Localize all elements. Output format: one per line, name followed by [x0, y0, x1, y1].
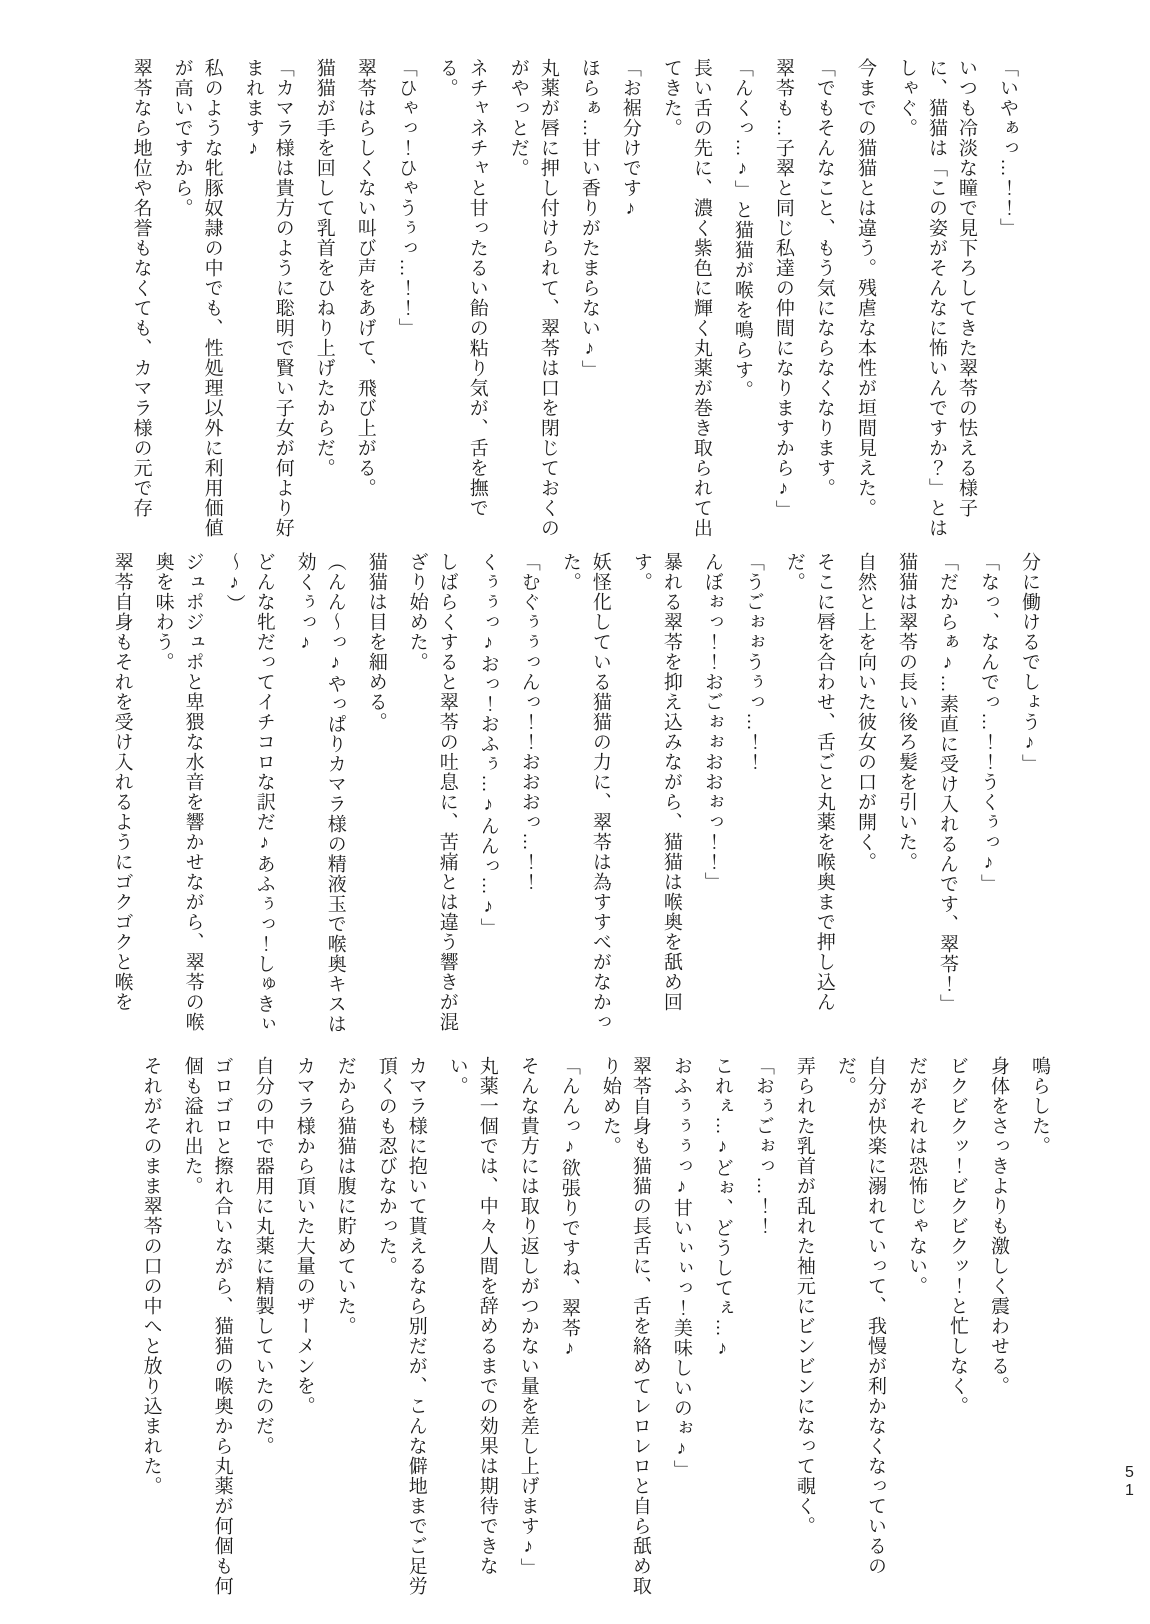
- paragraph: しばらくすると翠苓の吐息に、苦痛とは違う響きが混ざり始めた。: [402, 552, 462, 1046]
- paragraph: 猫猫は翠苓の長い後ろ髪を引いた。: [891, 552, 921, 1046]
- paragraph: （んん～っ♪やっぱりカマラ様の精液玉で喉奥キスは効くぅっ♪: [290, 552, 350, 1046]
- paragraph: 「カマラ様は貴方のように聡明で賢い子女が何より好まれます♪: [238, 58, 298, 544]
- paragraph: 自分が快楽に溺れていって、我慢が利かなくなっているのだ。: [830, 1056, 890, 1596]
- paragraph: 猫猫が手を回して乳首をひねり上げたからだ。: [309, 58, 339, 544]
- paragraph: 自分の中で器用に丸薬に精製していたのだ。: [248, 1056, 278, 1596]
- paragraph: 今までの猫猫とは違う。残虐な本性が垣間見えた。: [850, 58, 880, 544]
- paragraph: くぅぅっ♪おっ！おふぅ…♪んんっ…♪」: [473, 552, 503, 1046]
- paragraph: 翠苓なら地位や名誉もなくても、カマラ様の元で存: [126, 58, 156, 544]
- paragraph: 私のような牝豚奴隷の中でも、性処理以外に利用価値が高いですから。: [167, 58, 227, 544]
- paragraph: これぇ…♪どぉ、どうしてぇ…♪: [707, 1056, 737, 1596]
- text-block-bottom: 鳴らした。 身体をさっきよりも激しく震わせる。 ビクビクッ！ビクビクッ！と忙しな…: [125, 1056, 1054, 1596]
- paragraph: ネチャネチャと甘ったるい飴の粘り気が、舌を撫でる。: [432, 58, 492, 544]
- paragraph: 翠苓自身も猫猫の長舌に、舌を絡めてレロレロと自ら舐め取り始めた。: [595, 1056, 655, 1596]
- paragraph: 妖怪化している猫猫の力に、翠苓は為すすべがなかった。: [555, 552, 615, 1046]
- paragraph: 「お裾分けです♪: [615, 58, 645, 544]
- paragraph: おふぅぅぅっ♪甘いぃぃっ！美味しいのぉ♪」: [666, 1056, 696, 1596]
- paragraph: 身体をさっきよりも激しく震わせる。: [983, 1056, 1013, 1596]
- paragraph: それがそのまま翠苓の口の中へと放り込まれた。: [136, 1056, 166, 1596]
- paragraph: 「おぅごぉっ…！！: [748, 1056, 778, 1596]
- paragraph: 丸薬が唇に押し付けられて、翠苓は口を閉じておくのがやっとだ。: [503, 58, 563, 544]
- paragraph: 「んくっ…♪」と猫猫が喉を鳴らす。: [727, 58, 757, 544]
- paragraph: 「でもそんなこと、もう気にならなくなります。: [809, 58, 839, 544]
- paragraph: 「むぐぅぅっんっ！！おおおっ…！！: [514, 552, 544, 1046]
- paragraph: 暴れる翠苓を抑え込みながら、猫猫は喉奥を舐め回す。: [626, 552, 686, 1046]
- paragraph: そんな貴方には取り返しがつかない量を差し上げます♪」: [513, 1056, 543, 1596]
- paragraph: 「なっ、なんでっ…！！うくぅっ♪」: [973, 552, 1003, 1046]
- paragraph: そこに唇を合わせ、舌ごと丸薬を喉奥まで押し込んだ。: [779, 552, 839, 1046]
- paragraph: だがそれは恐怖じゃない。: [901, 1056, 931, 1596]
- paragraph: 「だからぁ♪…素直に受け入れるんです、翠苓！」: [932, 552, 962, 1046]
- paragraph: 自然と上を向いた彼女の口が開く。: [850, 552, 880, 1046]
- page-number: 51: [1120, 1464, 1138, 1500]
- novel-page: 「いやぁっ…！！」 いつも冷淡な瞳で見下ろしてきた翠苓の怯える様子に、猫猫は「こ…: [0, 0, 1150, 1624]
- paragraph: 丸薬一個では、中々人間を辞めるまでの効果は期待できない。: [442, 1056, 502, 1596]
- paragraph: ジュポジュポと卑猥な水音を響かせながら、翠苓の喉奥を味わう。: [148, 552, 208, 1046]
- paragraph: 「ひゃっ！ひゃうぅっ…！！」: [391, 58, 421, 544]
- text-block-middle: 分に働けるでしょう♪」 「なっ、なんでっ…！！うくぅっ♪」 「だからぁ♪…素直に…: [96, 552, 1044, 1046]
- paragraph: 鳴らした。: [1024, 1056, 1054, 1596]
- paragraph: 長い舌の先に、濃く紫色に輝く丸薬が巻き取られて出てきた。: [656, 58, 716, 544]
- paragraph: どんな牝だってイチコロな訳だ♪あふぅっ！しゅきぃ～♪）: [219, 552, 279, 1046]
- paragraph: カマラ様から頂いた大量のザーメンを。: [289, 1056, 319, 1596]
- paragraph: 「いやぁっ…！！」: [992, 58, 1022, 544]
- paragraph: 分に働けるでしょう♪」: [1014, 552, 1044, 1046]
- paragraph: いつも冷淡な瞳で見下ろしてきた翠苓の怯える様子に、猫猫は「この姿がそんなに怖いん…: [891, 58, 981, 544]
- paragraph: ほらぁ…甘い香りがたまらない♪」: [574, 58, 604, 544]
- paragraph: ビクビクッ！ビクビクッ！と忙しなく。: [942, 1056, 972, 1596]
- paragraph: 弄られた乳首が乱れた袖元にビンビンになって覗く。: [789, 1056, 819, 1596]
- text-block-top: 「いやぁっ…！！」 いつも冷淡な瞳で見下ろしてきた翠苓の怯える様子に、猫猫は「こ…: [115, 58, 1022, 544]
- paragraph: んぼぉっ！！おごぉぉおおぉっ！！」: [697, 552, 727, 1046]
- paragraph: だから猫猫は腹に貯めていた。: [330, 1056, 360, 1596]
- paragraph: ゴロゴロと擦れ合いながら、猫猫の喉奥から丸薬が何個も何個も溢れ出た。: [177, 1056, 237, 1596]
- paragraph: カマラ様に抱いて貰えるなら別だが、こんな僻地までご足労頂くのも忍びなかった。: [371, 1056, 431, 1596]
- paragraph: 翠苓自身もそれを受け入れるようにゴクゴクと喉を: [107, 552, 137, 1046]
- paragraph: 「うごぉぉうぅっ…！！: [738, 552, 768, 1046]
- paragraph: 「んんっ♪欲張りですね、翠苓♪: [554, 1056, 584, 1596]
- paragraph: 翠苓も…子翠と同じ私達の仲間になりますから♪」: [768, 58, 798, 544]
- paragraph: 翠苓はらしくない叫び声をあげて、飛び上がる。: [350, 58, 380, 544]
- paragraph: 猫猫は目を細める。: [361, 552, 391, 1046]
